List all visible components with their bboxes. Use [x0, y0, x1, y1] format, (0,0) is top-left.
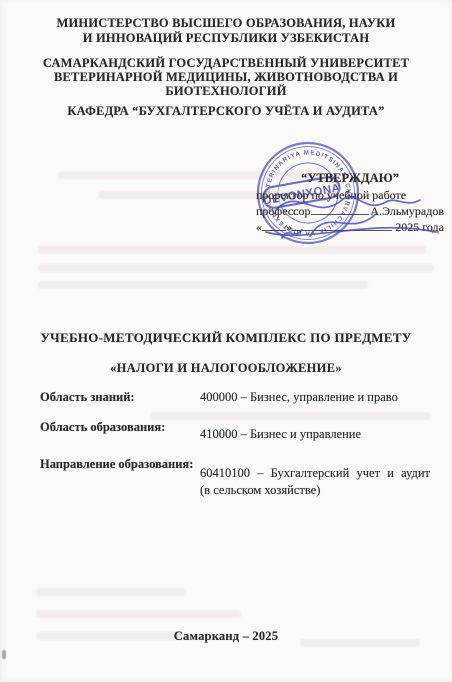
field-row-knowledge-area: Область знаний: 400000 – Бизнес, управле… [40, 389, 430, 406]
bleedthrough-line [36, 610, 241, 618]
document-page: МИНИСТЕРСТВО ВЫСШЕГО ОБРАЗОВАНИЯ, НАУКИ … [0, 0, 452, 682]
field-label: Направление образования: [40, 456, 200, 499]
document-title-block: УЧЕБНО-МЕТОДИЧЕСКИЙ КОМПЛЕКС ПО ПРЕДМЕТУ… [0, 330, 452, 376]
classification-fields: Область знаний: 400000 – Бизнес, управле… [40, 389, 430, 512]
scan-speck [2, 650, 6, 659]
signature-strokes [258, 188, 448, 246]
field-value-line: (в сельском хозяйстве) [200, 482, 430, 499]
approval-title: “УТВЕРЖДАЮ” [256, 170, 444, 186]
field-value-line: 60410100 – Бухгалтерский учет и аудит [200, 465, 430, 482]
university-line: САМАРКАНДСКИЙ ГОСУДАРСТВЕННЫЙ УНИВЕРСИТЕ… [0, 56, 452, 70]
field-label: Область образования: [40, 419, 200, 443]
field-value: 400000 – Бизнес, управление и право [200, 389, 430, 406]
department-name: КАФЕДРА “БУХГАЛТЕРСКОГО УЧЁТА И АУДИТА” [0, 104, 452, 119]
signature-ink [258, 188, 448, 246]
field-row-education-direction: Направление образования: 60410100 – Бухг… [40, 456, 430, 499]
subject-title: «НАЛОГИ И НАЛОГООБЛОЖЕНИЕ» [0, 361, 452, 376]
bleedthrough-line [36, 588, 186, 596]
document-title: УЧЕБНО-МЕТОДИЧЕСКИЙ КОМПЛЕКС ПО ПРЕДМЕТУ [0, 330, 452, 346]
university-line: БИОТЕХНОЛОГИЙ [0, 84, 452, 98]
university-line: ВЕТЕРИНАРНОЙ МЕДИЦИНЫ, ЖИВОТНОВОДСТВА И [0, 70, 452, 84]
university-name: САМАРКАНДСКИЙ ГОСУДАРСТВЕННЫЙ УНИВЕРСИТЕ… [0, 56, 452, 98]
ministry-line: И ИННОВАЦИЙ РЕСПУБЛИКИ УЗБЕКИСТАН [0, 31, 452, 46]
field-value: 60410100 – Бухгалтерский учет и аудит (в… [200, 456, 430, 499]
bleedthrough-line [38, 246, 426, 254]
city-year: Самарканд – 2025 [0, 629, 452, 644]
ministry-name: МИНИСТЕРСТВО ВЫСШЕГО ОБРАЗОВАНИЯ, НАУКИ … [0, 16, 452, 45]
ministry-line: МИНИСТЕРСТВО ВЫСШЕГО ОБРАЗОВАНИЯ, НАУКИ [0, 16, 452, 31]
bleedthrough-line [38, 281, 368, 289]
field-row-education-area: Область образования: 410000 – Бизнес и у… [40, 419, 430, 443]
field-label: Область знаний: [40, 389, 200, 406]
field-value: 410000 – Бизнес и управление [200, 419, 430, 443]
bleedthrough-line [38, 264, 434, 272]
